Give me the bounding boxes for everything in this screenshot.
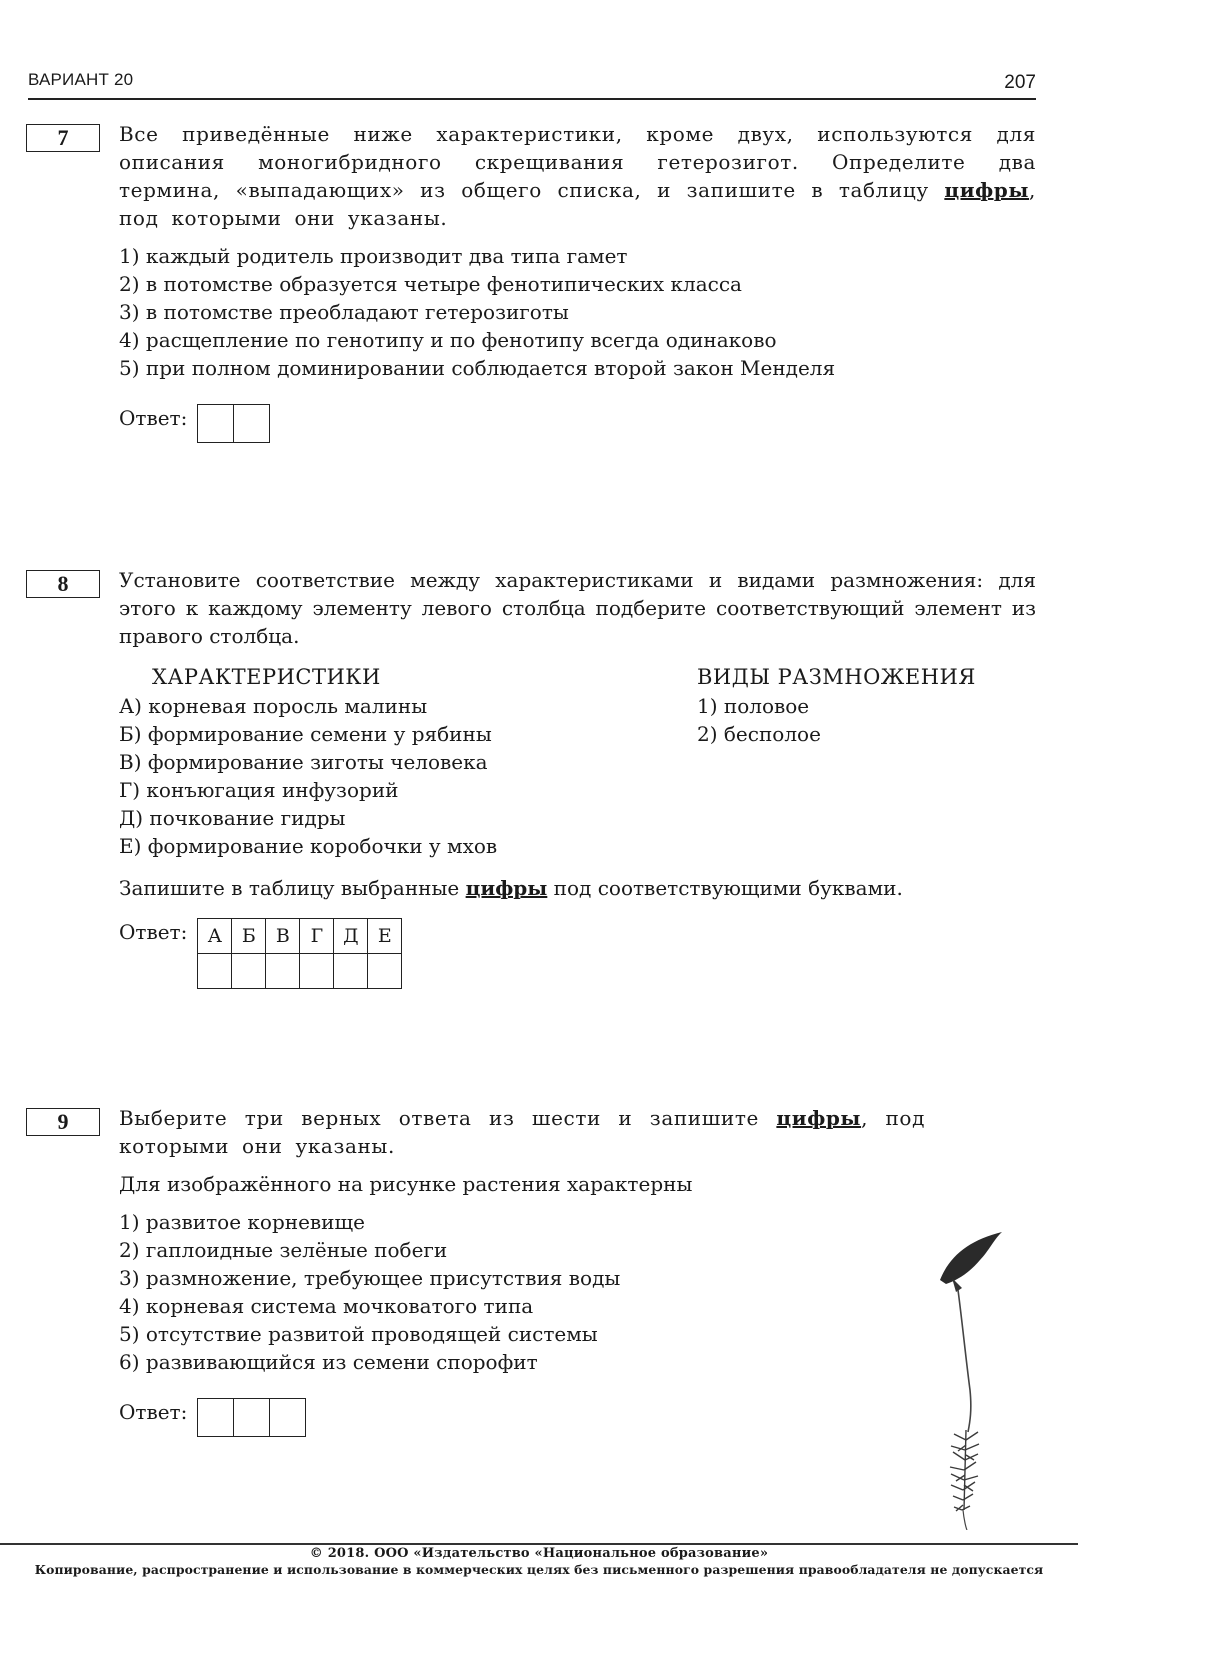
matching-columns: ХАРАКТЕРИСТИКИ А) корневая поросль малин… bbox=[119, 662, 1036, 860]
characteristic-item: Е) формирование коробочки у мхов bbox=[119, 832, 667, 860]
answer-grid: А Б В Г Д Е bbox=[197, 918, 402, 989]
option-item: 1) развитое корневище bbox=[119, 1208, 925, 1236]
option-item: 2) гаплоидные зелёные побеги bbox=[119, 1236, 925, 1264]
task-body: Все приведённые ниже характеристики, кро… bbox=[119, 120, 1036, 443]
answer-label: Ответ: bbox=[119, 404, 187, 432]
characteristic-item: Д) почкование гидры bbox=[119, 804, 667, 832]
answer-label: Ответ: bbox=[119, 1398, 187, 1426]
grid-letter: Г bbox=[300, 919, 334, 954]
task-prompt: Все приведённые ниже характеристики, кро… bbox=[119, 120, 1036, 232]
task-prompt: Выберите три верных ответа из шести и за… bbox=[119, 1104, 925, 1160]
footer-copyright: © 2018. ООО «Издательство «Национальное … bbox=[0, 1546, 1078, 1561]
option-item: 4) расщепление по генотипу и по фенотипу… bbox=[119, 326, 1036, 354]
moss-plant-illustration bbox=[900, 1160, 1020, 1530]
variant-label: ВАРИАНТ 20 bbox=[28, 70, 133, 90]
option-item: 6) развивающийся из семени спорофит bbox=[119, 1348, 925, 1376]
task-subprompt: Для изображённого на рисунке растения ха… bbox=[119, 1170, 925, 1198]
task-body: Выберите три верных ответа из шести и за… bbox=[119, 1104, 925, 1437]
characteristic-item: Б) формирование семени у рябины bbox=[119, 720, 667, 748]
grid-letter: Д bbox=[334, 919, 368, 954]
table-instruction: Запишите в таблицу выбранные цифры под с… bbox=[119, 874, 1036, 902]
page-number: 207 bbox=[1004, 72, 1036, 94]
grid-letter: Б bbox=[232, 919, 266, 954]
page-header: ВАРИАНТ 20 207 bbox=[28, 68, 1036, 100]
grid-letter: А bbox=[198, 919, 232, 954]
answer-row: Ответ: bbox=[119, 1398, 925, 1437]
answer-cell[interactable] bbox=[300, 954, 334, 989]
option-item: 1) каждый родитель производит два типа г… bbox=[119, 242, 1036, 270]
option-item: 4) корневая система мочковатого типа bbox=[119, 1292, 925, 1320]
answer-cells bbox=[197, 1398, 306, 1437]
option-item: 5) отсутствие развитой проводящей систем… bbox=[119, 1320, 925, 1348]
characteristics-column: ХАРАКТЕРИСТИКИ А) корневая поросль малин… bbox=[119, 662, 667, 860]
task-number-box: 8 bbox=[26, 570, 100, 598]
answer-cell[interactable] bbox=[269, 1399, 305, 1436]
option-item: 2) в потомстве образуется четыре фенотип… bbox=[119, 270, 1036, 298]
answer-cell[interactable] bbox=[334, 954, 368, 989]
characteristic-item: Г) конъюгация инфузорий bbox=[119, 776, 667, 804]
answer-cell[interactable] bbox=[198, 954, 232, 989]
answer-cells bbox=[197, 404, 270, 443]
footer-legal-notice: Копирование, распространение и использов… bbox=[0, 1562, 1078, 1577]
reproduction-types-column: ВИДЫ РАЗМНОЖЕНИЯ 1) половое 2) бесполое bbox=[667, 662, 1027, 860]
answer-cell[interactable] bbox=[233, 1399, 269, 1436]
answer-label: Ответ: bbox=[119, 918, 187, 946]
options-list: 1) развитое корневище 2) гаплоидные зелё… bbox=[119, 1208, 925, 1376]
grid-answers-row bbox=[198, 954, 402, 989]
characteristic-item: А) корневая поросль малины bbox=[119, 692, 667, 720]
grid-letters-row: А Б В Г Д Е bbox=[198, 919, 402, 954]
grid-letter: Е bbox=[368, 919, 402, 954]
task-number-box: 7 bbox=[26, 124, 100, 152]
reproduction-type-item: 1) половое bbox=[697, 692, 1027, 720]
characteristic-item: В) формирование зиготы человека bbox=[119, 748, 667, 776]
reproduction-type-item: 2) бесполое bbox=[697, 720, 1027, 748]
answer-cell[interactable] bbox=[233, 405, 269, 442]
emphasis-digits: цифры bbox=[944, 178, 1029, 202]
answer-cell[interactable] bbox=[198, 405, 233, 442]
task-number-box: 9 bbox=[26, 1108, 100, 1136]
task-body: Установите соответствие между характерис… bbox=[119, 566, 1036, 989]
answer-cell[interactable] bbox=[368, 954, 402, 989]
answer-cell[interactable] bbox=[266, 954, 300, 989]
footer-divider bbox=[0, 1543, 1078, 1545]
option-item: 5) при полном доминировании соблюдается … bbox=[119, 354, 1036, 382]
options-list: 1) каждый родитель производит два типа г… bbox=[119, 242, 1036, 382]
emphasis-digits: цифры bbox=[466, 876, 548, 900]
answer-row: Ответ: А Б В Г Д Е bbox=[119, 918, 1036, 989]
task-prompt: Установите соответствие между характерис… bbox=[119, 566, 1036, 650]
answer-cell[interactable] bbox=[232, 954, 266, 989]
answer-cell[interactable] bbox=[198, 1399, 233, 1436]
option-item: 3) в потомстве преобладают гетерозиготы bbox=[119, 298, 1036, 326]
column-header: ВИДЫ РАЗМНОЖЕНИЯ bbox=[667, 662, 1027, 692]
emphasis-digits: цифры bbox=[776, 1106, 861, 1130]
grid-letter: В bbox=[266, 919, 300, 954]
option-item: 3) размножение, требующее присутствия во… bbox=[119, 1264, 925, 1292]
answer-row: Ответ: bbox=[119, 404, 1036, 443]
column-header: ХАРАКТЕРИСТИКИ bbox=[119, 662, 667, 692]
